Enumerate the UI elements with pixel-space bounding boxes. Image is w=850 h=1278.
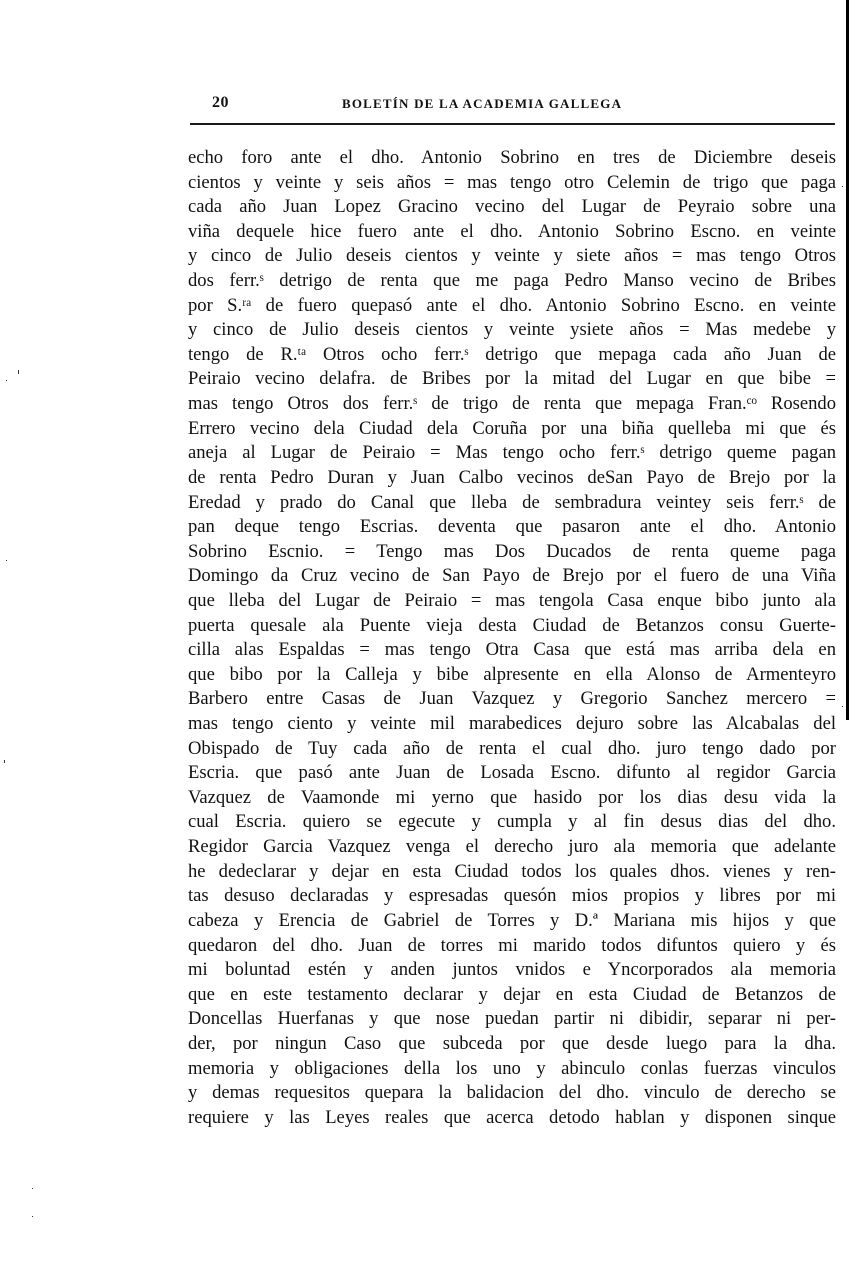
text-line: aneja al Lugar de Peiraio = Mas tengo oc… <box>188 441 836 466</box>
scan-speck <box>842 706 843 707</box>
text-line: de renta Pedro Duran y Juan Calbo vecino… <box>188 466 836 491</box>
text-line: cada año Juan Lopez Gracino vecino del L… <box>188 195 836 220</box>
scan-speck <box>32 1216 33 1217</box>
text-line: memoria y obligaciones della los uno y a… <box>188 1057 836 1082</box>
scan-speck <box>6 380 7 381</box>
text-line: Vazquez de Vaamonde mi yerno que hasido … <box>188 786 836 811</box>
text-line: que bibo por la Calleja y bibe alpresent… <box>188 663 836 688</box>
text-line: dos ferr.ˢ detrigo de renta que me paga … <box>188 269 836 294</box>
text-line: cilla alas Espaldas = mas tengo Otra Cas… <box>188 638 836 663</box>
text-line: he dedeclarar y dejar en esta Ciudad tod… <box>188 860 836 885</box>
text-line: Obispado de Tuy cada año de renta el cua… <box>188 737 836 762</box>
scan-speck <box>842 186 843 187</box>
text-line: cabeza y Erencia de Gabriel de Torres y … <box>188 909 836 934</box>
body-text: echo foro ante el dho. Antonio Sobrino e… <box>188 146 836 1130</box>
text-line: Doncellas Huerfanas y que nose puedan pa… <box>188 1007 836 1032</box>
header-rule <box>190 123 835 125</box>
text-line: que en este testamento declarar y dejar … <box>188 983 836 1008</box>
text-line: y cinco de Julio deseis cientos y veinte… <box>188 318 836 343</box>
text-line: y cinco de Julio deseis cientos y veinte… <box>188 244 836 269</box>
text-line: mi boluntad estén y anden juntos vnidos … <box>188 958 836 983</box>
page-header: 20 BOLETÍN DE LA ACADEMIA GALLEGA <box>188 92 836 118</box>
text-line: tengo de R.ᵗᵃ Otros ocho ferr.ˢ detrigo … <box>188 343 836 368</box>
text-line: Domingo da Cruz vecino de San Payo de Br… <box>188 564 836 589</box>
text-line: por S.ʳᵃ de fuero quepasó ante el dho. A… <box>188 294 836 319</box>
scan-edge-bar <box>846 0 849 720</box>
text-line: cual Escria. quiero se egecute y cumpla … <box>188 810 836 835</box>
text-line: puerta quesale ala Puente vieja desta Ci… <box>188 614 836 639</box>
text-line: Barbero entre Casas de Juan Vazquez y Gr… <box>188 687 836 712</box>
text-line: Escria. que pasó ante Juan de Losada Esc… <box>188 761 836 786</box>
text-line: Regidor Garcia Vazquez venga el derecho … <box>188 835 836 860</box>
text-line: Peiraio vecino delafra. de Bribes por la… <box>188 367 836 392</box>
text-line: mas tengo Otros dos ferr.ˢ de trigo de r… <box>188 392 836 417</box>
text-line: Eredad y prado do Canal que lleba de sem… <box>188 491 836 516</box>
text-line: der, por ningun Caso que subceda por que… <box>188 1032 836 1057</box>
text-line: cientos y veinte y seis años = mas tengo… <box>188 171 836 196</box>
text-line: Errero vecino dela Ciudad dela Coruña po… <box>188 417 836 442</box>
text-line: mas tengo ciento y veinte mil marabedice… <box>188 712 836 737</box>
text-line: quedaron del dho. Juan de torres mi mari… <box>188 934 836 959</box>
text-line: requiere y las Leyes reales que acerca d… <box>188 1106 836 1131</box>
scan-speck <box>4 760 5 763</box>
scan-speck <box>6 560 7 561</box>
text-line: pan deque tengo Escrias. deventa que pas… <box>188 515 836 540</box>
text-line: tas desuso declaradas y espresadas quesó… <box>188 884 836 909</box>
text-line: echo foro ante el dho. Antonio Sobrino e… <box>188 146 836 171</box>
page-number: 20 <box>212 94 229 112</box>
scan-speck <box>32 1188 33 1189</box>
running-title: BOLETÍN DE LA ACADEMIA GALLEGA <box>342 96 622 112</box>
text-line: Sobrino Escnio. = Tengo mas Dos Ducados … <box>188 540 836 565</box>
text-line: viña dequele hice fuero ante el dho. Ant… <box>188 220 836 245</box>
scan-speck <box>18 370 19 374</box>
text-line: y demas requesitos quepara la balidacion… <box>188 1081 836 1106</box>
text-line: que lleba del Lugar de Peiraio = mas ten… <box>188 589 836 614</box>
